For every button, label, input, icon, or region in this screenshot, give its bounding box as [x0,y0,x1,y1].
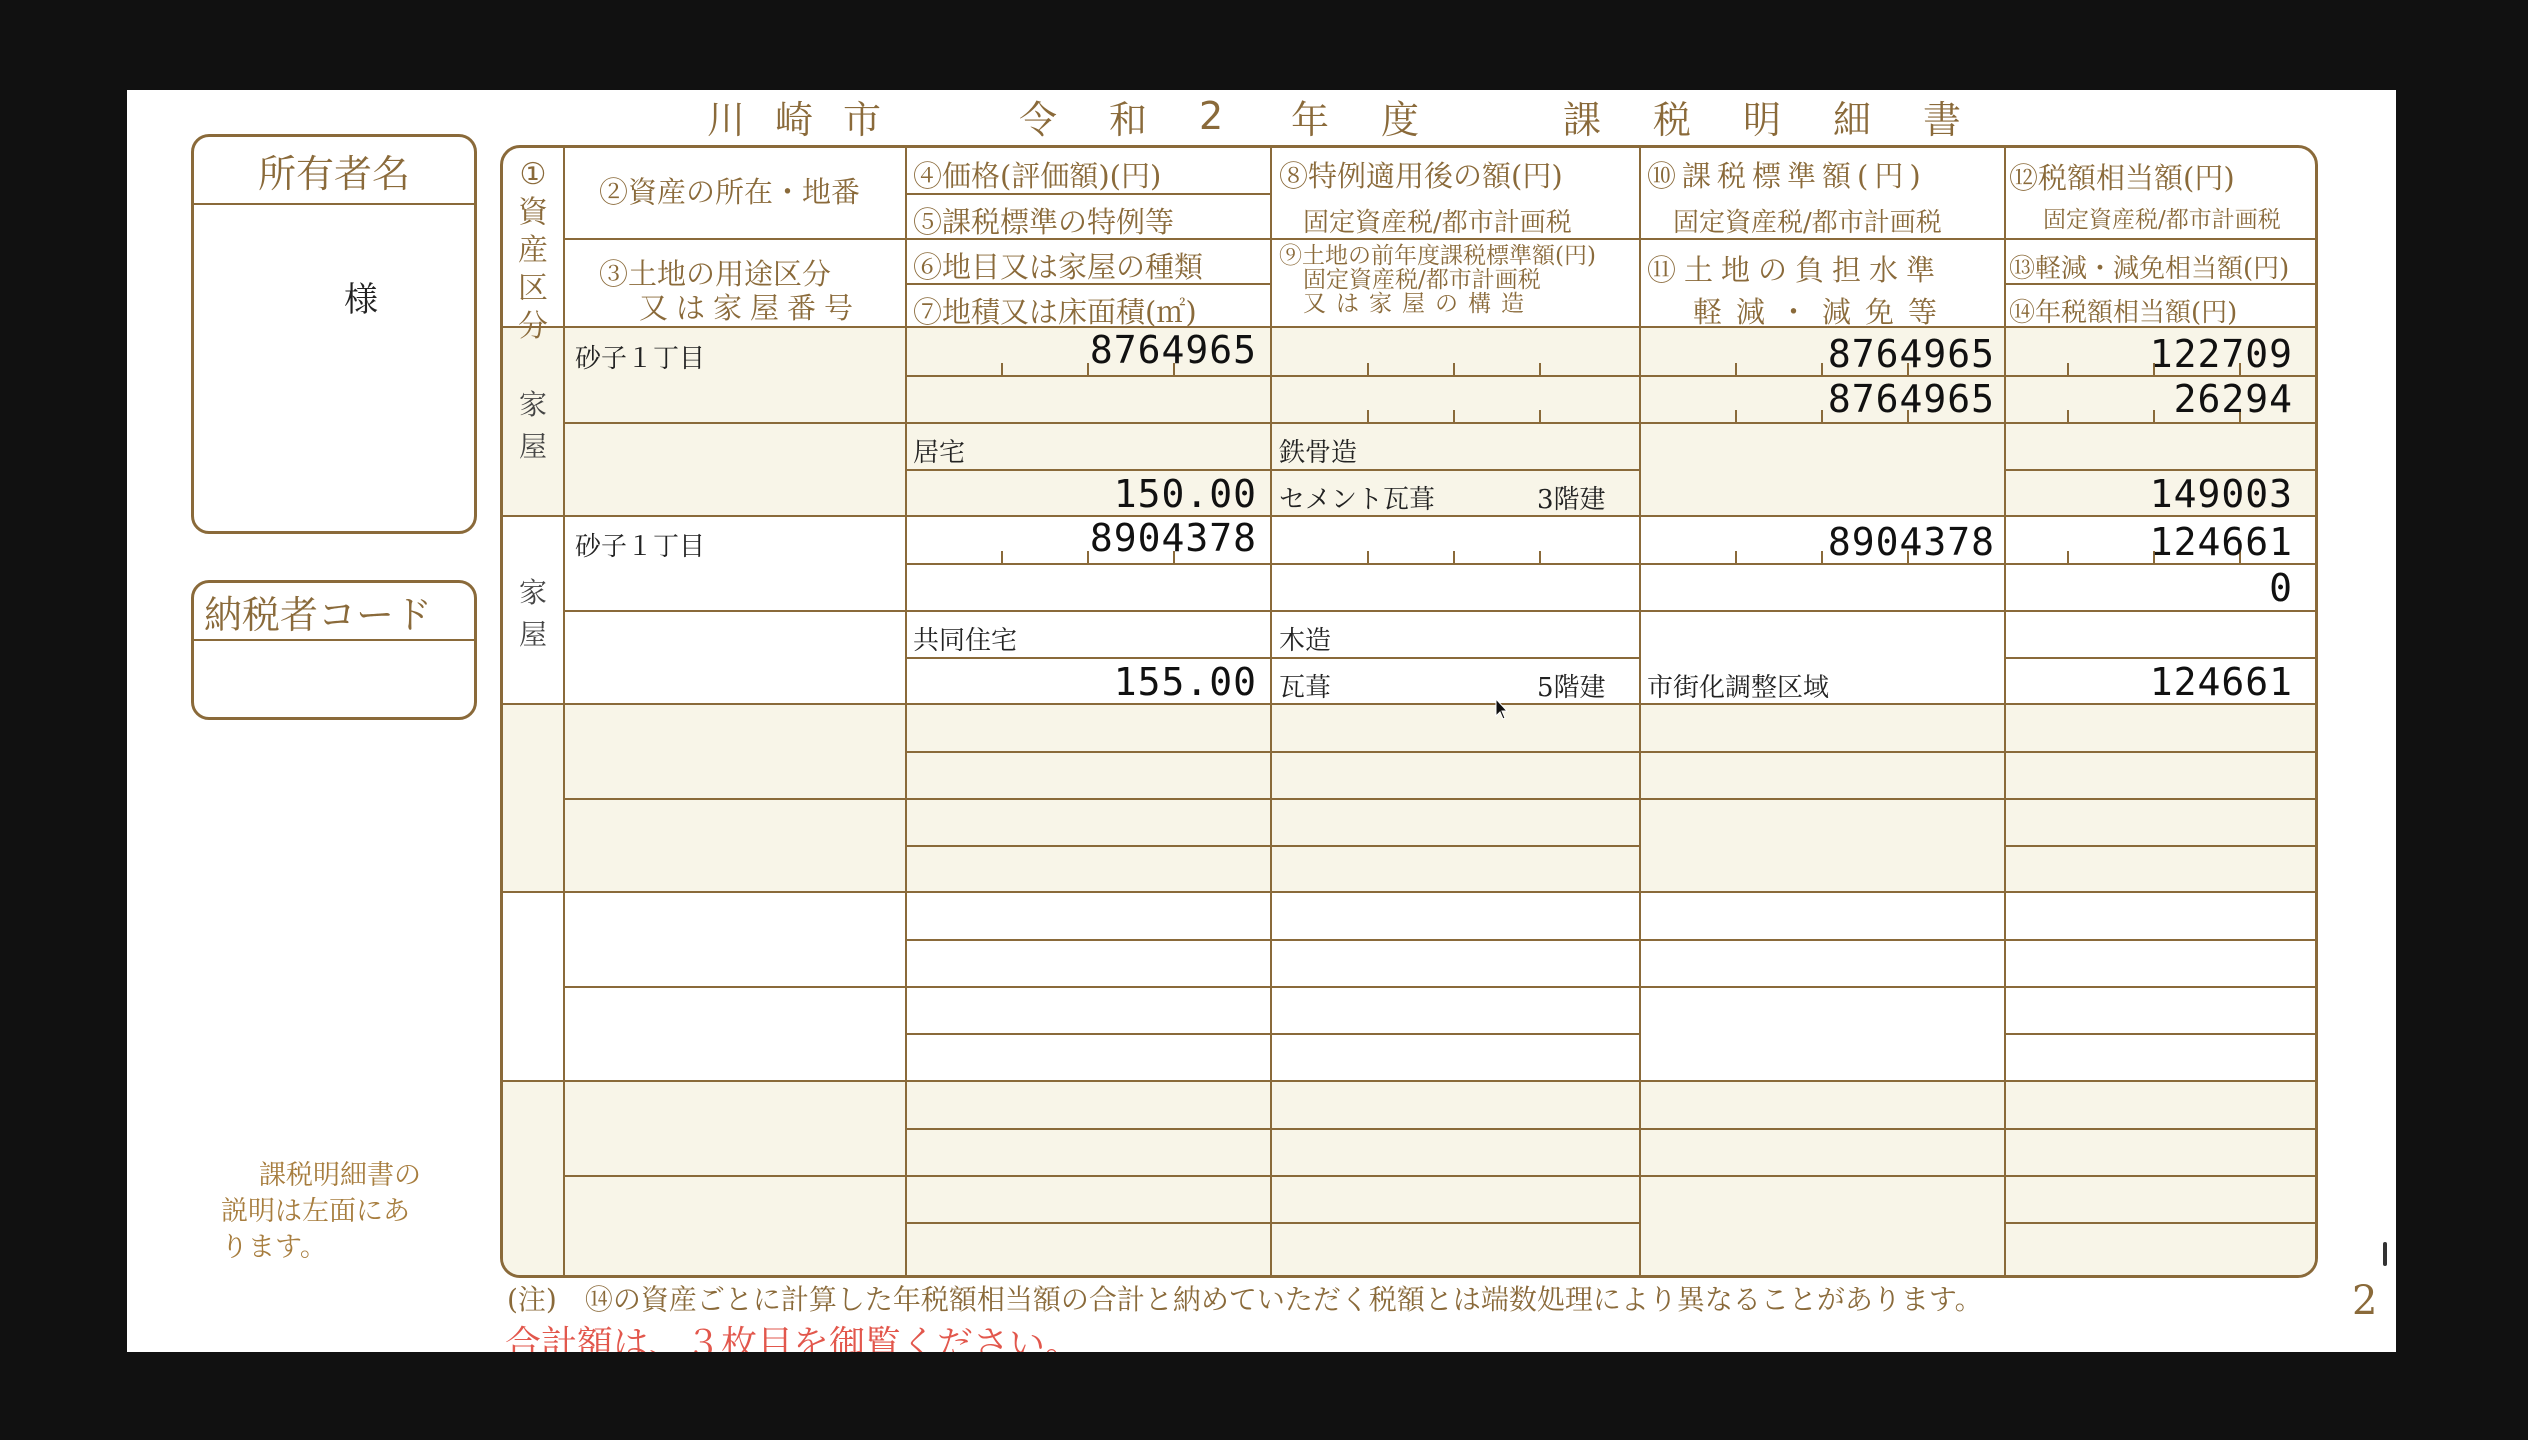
title-char: 細 [1833,89,1871,144]
burden-reduction: 市街化調整区域 [1647,667,1829,704]
owner-name-suffix: 様 [344,272,378,321]
group-divider [503,703,2318,705]
taxpayer-code-label: 納税者コード [194,583,474,641]
row-divider [905,563,2318,565]
house-kind: 居宅 [913,432,965,469]
floor-area: 155.00 [1114,660,1257,704]
title-char: 税 [1653,89,1691,144]
total-amount-note: 合計額は、３枚目を御覧ください。 [505,1316,1081,1352]
header-price: ④価格(評価額)(円) [913,154,1161,195]
row-divider [563,610,2318,612]
row-divider [905,469,1639,471]
header-fixed-city-tax: 固定資産税/都市計画税 [1673,202,1942,239]
row-divider [563,1175,2318,1177]
assessed-price: 8904378 [1090,516,1257,560]
tax-detail-table: ① 資 産 区 分 ②資産の所在・地番 ③土地の用途区分 又は家屋番号 ④価格(… [500,145,2318,1278]
title-char: 明 [1743,89,1781,144]
title-char: 年 [1291,89,1329,144]
header-area: ⑦地積又は床面積(㎡) [913,290,1197,331]
row-divider [905,751,2318,753]
digit-tick [1735,410,1737,422]
header-house-number: 又は家屋番号 [639,286,861,327]
note-line: 課税明細書の [221,1158,451,1194]
header-tax-amount: ⑫税額相当額(円) [2009,156,2235,197]
asset-category: 家 屋 [513,572,553,656]
column-divider [1639,148,1641,1278]
digit-tick [1087,551,1089,563]
owner-name-label: 所有者名 [194,137,474,205]
digit-tick [1001,551,1003,563]
row-divider [563,986,2318,988]
asset-location: 砂子１丁目 [575,526,705,563]
title-char: 書 [1923,89,1961,144]
tax-amount-city: 26294 [2174,377,2293,421]
note-line: 説明は左面にあ [221,1194,451,1230]
digit-tick [1367,410,1369,422]
digit-tick [2067,551,2069,563]
mouse-cursor-icon [1495,698,1511,722]
header-reduction: 軽減・減免等 [1693,290,1951,331]
assessed-price: 8764965 [1090,328,1257,372]
digit-tick [1539,363,1541,375]
row-divider [2004,469,2318,471]
header-reduction-amount: ⑬軽減・減免相当額(円) [2009,248,2289,285]
column-divider [563,148,565,1278]
roof-type: セメント瓦葺 [1279,479,1435,516]
annual-tax: 149003 [2150,472,2293,516]
floors: 3階建 [1537,479,1606,516]
digit-tick [1821,410,1823,422]
structure: 木造 [1279,620,1331,657]
tax-amount-fixed: 122709 [2150,332,2293,376]
header-prev-year-base: ⑨土地の前年度課税標準額(円) [1279,244,1596,269]
tax-base-fixed: 8904378 [1828,520,1995,564]
row-divider [563,798,2318,800]
header-fixed-city-tax: 固定資産税/都市計画税 [2043,208,2281,233]
title-char: 和 [1109,89,1147,144]
digit-tick [1735,363,1737,375]
digit-tick [1453,363,1455,375]
asset-location: 砂子１丁目 [575,338,705,375]
page-number: 2 [2352,1278,2377,1324]
document-title: 川 崎 市 令 和 2 年 度 課 税 明 細 書 [707,96,2267,136]
tax-amount-city: 0 [2269,566,2293,610]
row-divider [905,657,1639,659]
explanation-note: 課税明細書の 説明は左面にあ ります。 [221,1158,451,1266]
row-divider [905,939,2318,941]
header-location: ②資産の所在・地番 [599,170,860,211]
column-divider [905,148,907,1278]
tax-base-city: 8764965 [1828,377,1995,421]
row-divider [905,1222,1639,1224]
title-char: 令 [1019,89,1057,144]
taxpayer-code-box: 納税者コード [191,580,477,720]
row-divider [905,845,1639,847]
row-divider [905,375,2318,377]
digit-tick [1001,363,1003,375]
floors: 5階建 [1537,667,1606,704]
digit-tick [1453,410,1455,422]
header-land-category: ⑥地目又は家屋の種類 [913,245,1203,286]
header-tax-base: ⑩課税標準額(円) [1647,154,1927,195]
tax-amount-fixed: 124661 [2150,520,2293,564]
digit-tick [1367,551,1369,563]
digit-tick [1821,363,1823,375]
structure: 鉄骨造 [1279,432,1357,469]
digit-tick [1539,410,1541,422]
column-divider [1270,148,1272,1278]
group-divider [503,891,2318,893]
footnote: (注) ⑭の資産ごとに計算した年税額相当額の合計と納めていただく税額とは端数処理… [507,1278,1983,1318]
floor-area: 150.00 [1114,472,1257,516]
annual-tax: 124661 [2150,660,2293,704]
digit-tick [2153,410,2155,422]
row-divider [2004,1222,2318,1224]
column-divider [2004,148,2006,1278]
digit-tick [2067,410,2069,422]
header-asset-category: ① 資 産 区 分 [513,156,553,346]
row-divider [2004,845,2318,847]
row-divider [905,1128,2318,1130]
digit-tick [1453,551,1455,563]
digit-tick [1821,551,1823,563]
title-char: 課 [1563,89,1601,144]
digit-tick [1735,551,1737,563]
header-special-standard: ⑤課税標準の特例等 [913,200,1174,241]
digit-tick [2067,363,2069,375]
row-divider [563,422,2318,424]
row-shade [503,1081,2318,1278]
header-after-special: ⑧特例適用後の額(円) [1279,154,1563,195]
row-divider [2004,657,2318,659]
title-char: 崎 [775,89,813,144]
roof-type: 瓦葺 [1279,667,1331,704]
title-char: 市 [843,89,881,144]
house-kind: 共同住宅 [913,620,1017,657]
asset-category: 家 屋 [513,384,553,468]
digit-tick [1367,363,1369,375]
digit-tick [1539,551,1541,563]
header-annual-tax: ⑭年税額相当額(円) [2009,292,2237,329]
row-divider [905,1033,1639,1035]
title-char: 川 [707,89,745,144]
digit-tick [1087,363,1089,375]
group-divider [503,1080,2318,1082]
tax-statement-page: 川 崎 市 令 和 2 年 度 課 税 明 細 書 所有者名 様 納税者コード … [127,90,2396,1352]
header-burden-level: ⑪土地の負担水準 [1647,248,1943,289]
owner-name-box: 所有者名 様 [191,134,477,534]
header-fixed-city-tax: 固定資産税/都市計画税 [1303,268,1541,293]
row-divider [2004,1033,2318,1035]
header-structure: 又は家屋の構造 [1303,292,1534,317]
tax-base-fixed: 8764965 [1828,332,1995,376]
note-line: ります。 [221,1230,451,1266]
header-fixed-city-tax: 固定資産税/都市計画税 [1303,202,1572,239]
title-char: 度 [1381,89,1419,144]
title-char: 2 [1199,94,1223,138]
edge-mark [2383,1242,2387,1266]
